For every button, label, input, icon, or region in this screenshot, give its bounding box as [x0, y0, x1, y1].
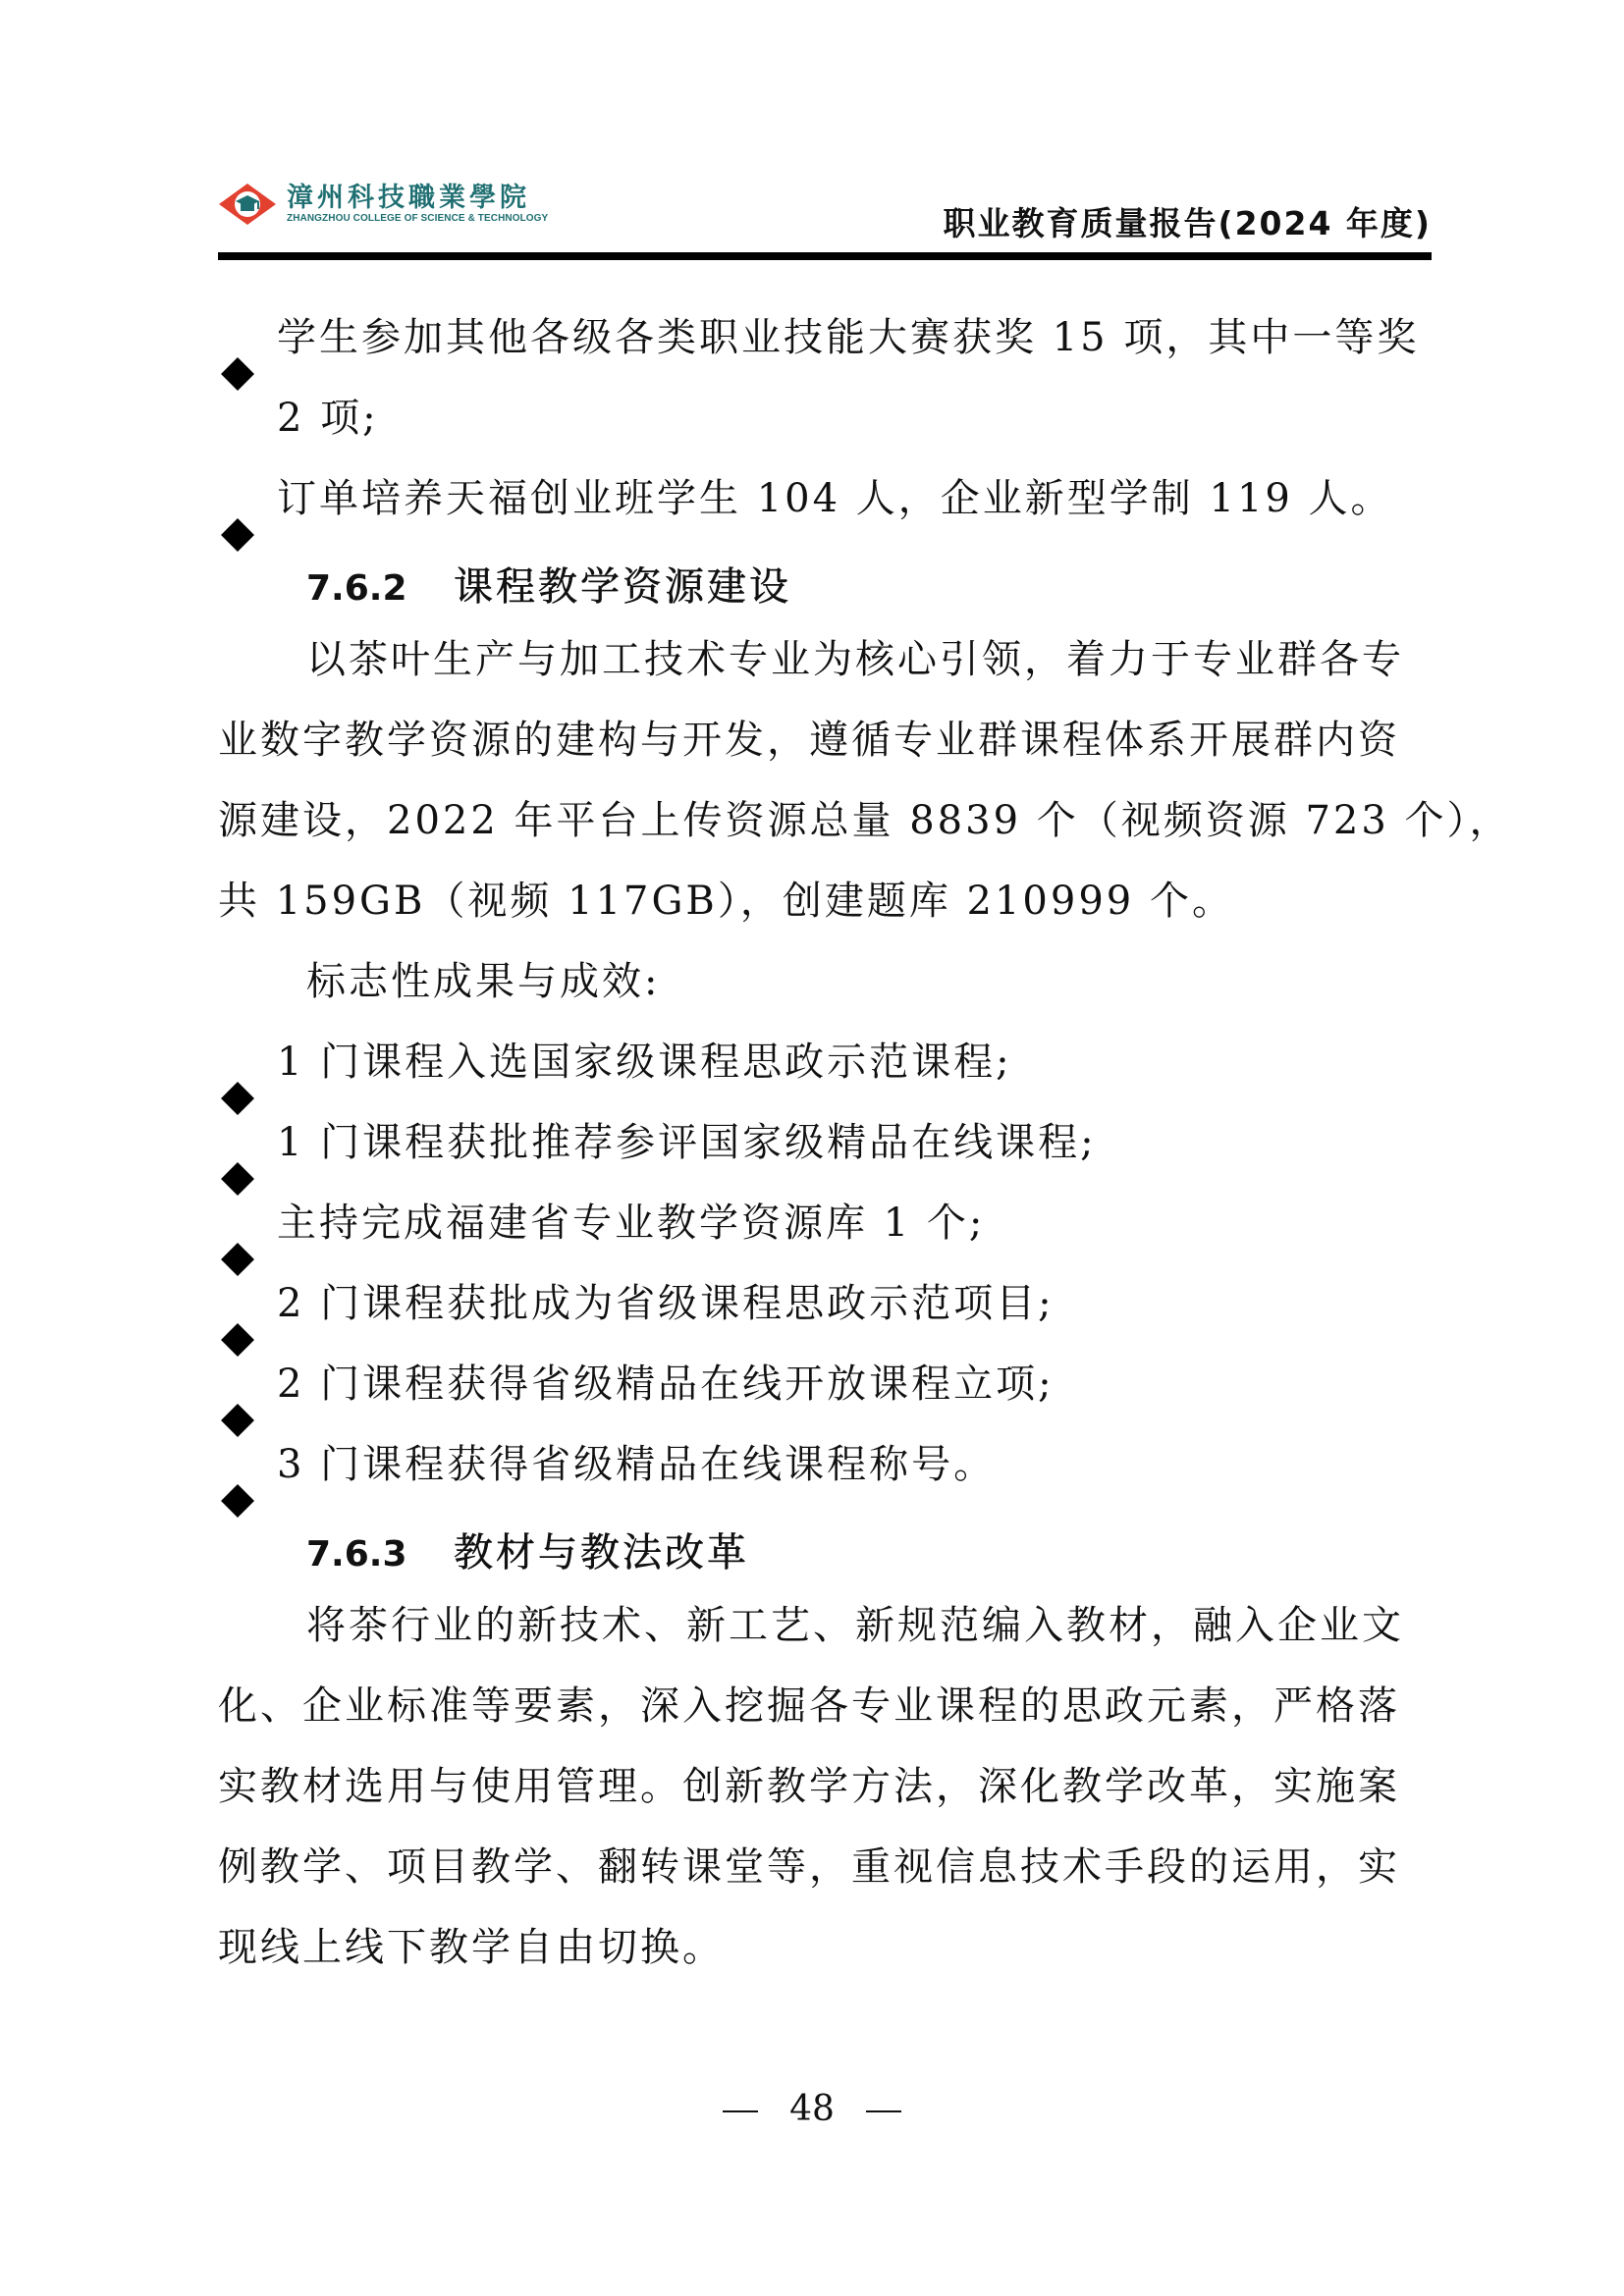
section-title: 教材与教法改革 — [454, 1530, 749, 1575]
paragraph-line: 源建设，2022 年平台上传资源总量 8839 个（视频资源 723 个）， — [218, 797, 1432, 844]
paragraph-line: 实教材选用与使用管理。创新教学方法，深化教学改革，实施案 — [218, 1763, 1432, 1810]
footer-dash — [866, 2110, 901, 2112]
section-number: 7.6.2 — [306, 568, 454, 609]
college-emblem-icon — [218, 183, 277, 226]
achievement-item: 1 门课程入选国家级课程思政示范课程; — [218, 1039, 1490, 1086]
diamond-bullet-icon — [221, 1243, 254, 1276]
page-footer: 48 — [0, 2089, 1624, 2129]
paragraph-line: 以茶叶生产与加工技术专业为核心引领，着力于专业群各专 — [218, 636, 1520, 683]
section-title: 课程教学资源建设 — [454, 564, 791, 610]
paragraph-line: 现线上线下教学自由切换。 — [218, 1924, 1432, 1971]
page-header: 漳州科技職業學院 ZHANGZHOU COLLEGE OF SCIENCE & … — [218, 177, 1432, 255]
section-heading-7-6-2: 7.6.2课程教学资源建设 — [306, 556, 791, 612]
achievement-item: 3 门课程获得省级精品在线课程称号。 — [218, 1441, 1490, 1488]
page-number: 48 — [789, 2089, 835, 2129]
bullet-item: 学生参加其他各级各类职业技能大赛获奖 15 项，其中一等奖 — [218, 314, 1490, 361]
document-page: 漳州科技職業學院 ZHANGZHOU COLLEGE OF SCIENCE & … — [0, 0, 1624, 2296]
paragraph-line: 业数字教学资源的建构与开发，遵循专业群课程体系开展群内资 — [218, 717, 1432, 764]
paragraph-line: 将茶行业的新技术、新工艺、新规范编入教材，融入企业文 — [218, 1602, 1520, 1649]
report-title: 职业教育质量报告(2024 年度) — [944, 198, 1433, 244]
diamond-bullet-icon — [221, 1404, 254, 1437]
diamond-bullet-icon — [221, 1323, 254, 1357]
college-name-en: ZHANGZHOU COLLEGE OF SCIENCE & TECHNOLOG… — [287, 213, 548, 225]
paragraph-line: 共 159GB（视频 117GB），创建题库 210999 个。 — [218, 878, 1432, 925]
diamond-bullet-icon — [221, 1082, 254, 1115]
header-divider — [218, 252, 1432, 260]
paragraph-line: 化、企业标准等要素，深入挖掘各专业课程的思政元素，严格落 — [218, 1682, 1432, 1730]
bullet-item: 订单培养天福创业班学生 104 人，企业新型学制 119 人。 — [218, 475, 1490, 522]
diamond-bullet-icon — [221, 1162, 254, 1196]
footer-dash — [723, 2110, 758, 2112]
achievement-item: 1 门课程获批推荐参评国家级精品在线课程; — [218, 1119, 1490, 1166]
bullet-item-continuation: 2 项; — [218, 395, 1490, 442]
college-name-cn: 漳州科技職業學院 — [287, 184, 548, 213]
diamond-bullet-icon — [221, 357, 254, 391]
diamond-bullet-icon — [221, 518, 254, 552]
section-number: 7.6.3 — [306, 1534, 454, 1575]
achievements-label: 标志性成果与成效: — [218, 958, 1520, 1005]
achievement-item: 主持完成福建省专业教学资源库 1 个; — [218, 1200, 1490, 1247]
college-logo: 漳州科技職業學院 ZHANGZHOU COLLEGE OF SCIENCE & … — [218, 183, 548, 226]
achievement-item: 2 门课程获批成为省级课程思政示范项目; — [218, 1280, 1490, 1327]
achievement-item: 2 门课程获得省级精品在线开放课程立项; — [218, 1361, 1490, 1408]
paragraph-line: 例教学、项目教学、翻转课堂等，重视信息技术手段的运用，实 — [218, 1843, 1432, 1891]
section-heading-7-6-3: 7.6.3教材与教法改革 — [306, 1522, 749, 1577]
diamond-bullet-icon — [221, 1484, 254, 1518]
